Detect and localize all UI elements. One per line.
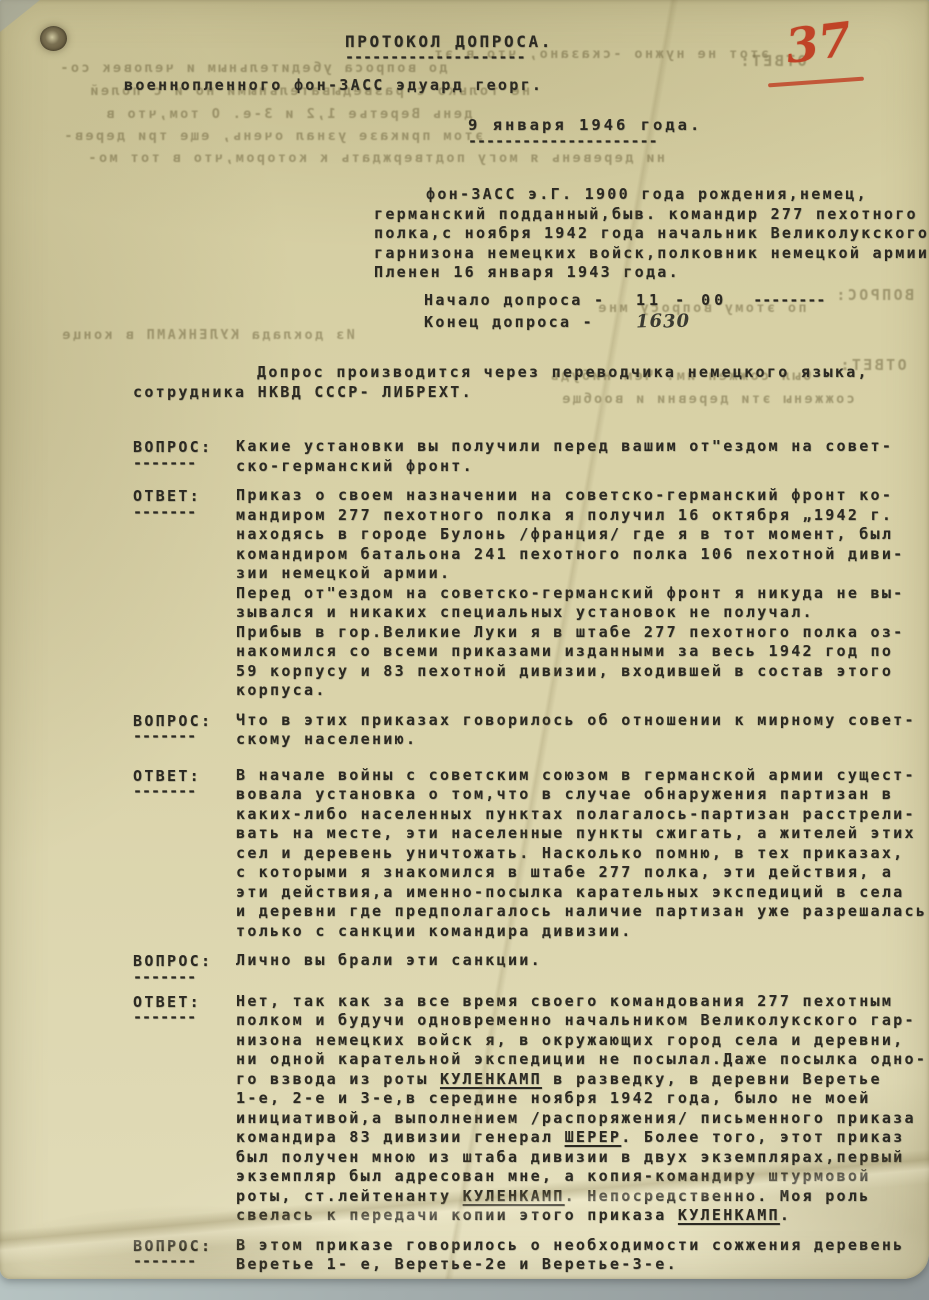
label-underline: -------	[133, 1012, 236, 1022]
question-text: Что в этих приказах говорилось об отноше…	[236, 711, 925, 750]
session-start-value: 11 - 00	[636, 291, 727, 311]
punch-hole	[40, 26, 67, 51]
question-block: ВОПРОС: ------- Что в этих приказах гово…	[133, 711, 925, 750]
answer-text: Нет, так как за все время своего командо…	[236, 992, 927, 1226]
bleedthrough-text: этом приказе узнал очень, еще три дерев-	[62, 128, 483, 144]
document-subject: военнопленного фон-ЗАСС эдуард георг.	[124, 76, 543, 96]
question-label: ВОПРОС:	[133, 438, 212, 456]
label-underline: -------	[133, 458, 236, 468]
answer-block: ОТВЕТ: ------- Приказ о своем назначении…	[133, 486, 925, 701]
bleedthrough-text: ни деревень я могу подтверждать к которо…	[86, 150, 665, 166]
answer-block: ОТВЕТ: ------- В начале войны с советски…	[133, 766, 925, 942]
answer-text: В начале войны с советским союзом в герм…	[236, 766, 927, 942]
session-start-label: Начало допроса -	[424, 291, 636, 311]
label-underline: -------	[133, 507, 236, 517]
question-text: Какие установки вы получили перед вашим …	[236, 437, 925, 476]
document-title: ПРОТОКОЛ ДОПРОСА.	[345, 32, 553, 51]
page-number-underline	[768, 77, 864, 88]
document-date-block: 9 января 1946 года. --------------------…	[468, 115, 702, 146]
answer-label: ОТВЕТ:	[133, 993, 201, 1011]
document-title-block: ПРОТОКОЛ ДОПРОСА. --------------------	[345, 32, 580, 62]
session-end-minutes-handwritten: 30	[663, 310, 691, 332]
question-block: ВОПРОС: ------- В этом приказе говорилос…	[133, 1236, 925, 1275]
title-underline: --------------------	[345, 52, 580, 62]
document-date: 9 января 1946 года.	[468, 116, 702, 134]
question-block: ВОПРОС: ------- Лично вы брали эти санкц…	[133, 951, 925, 982]
question-block: ВОПРОС: ------- Какие установки вы получ…	[133, 437, 925, 476]
answer-block: ОТВЕТ: ------- Нет, так как за все время…	[133, 992, 925, 1226]
interpreter-note: Допрос производится через переводчика не…	[133, 363, 913, 402]
question-answer-list: ВОПРОС: ------- Какие установки вы получ…	[133, 437, 925, 1285]
bleedthrough-text: ВОПРОС:	[834, 286, 914, 304]
answer-label: ОТВЕТ:	[133, 767, 201, 785]
question-text: В этом приказе говорилось о необходимост…	[236, 1236, 925, 1275]
date-underline: ---------------------	[468, 136, 702, 146]
label-underline: -------	[133, 972, 236, 982]
scanned-document: { "page_number": "37", "header": { "titl…	[0, 0, 929, 1300]
answer-label: ОТВЕТ:	[133, 487, 201, 505]
torn-corner	[0, 0, 40, 32]
session-start-row: Начало допроса - 11 - 00 --------	[424, 291, 825, 311]
session-end-hours-handwritten: 16	[636, 310, 664, 332]
session-end-row: Конец допроса - 16 30	[424, 311, 825, 333]
question-label: ВОПРОС:	[133, 712, 212, 730]
label-underline: -------	[133, 731, 236, 741]
question-label: ВОПРОС:	[133, 1237, 212, 1255]
session-end-label: Конец допроса -	[424, 313, 636, 333]
session-dash: --------	[753, 295, 825, 305]
session-times: Начало допроса - 11 - 00 -------- Конец …	[424, 291, 825, 332]
label-underline: -------	[133, 786, 236, 796]
bleedthrough-text: день Веретье 1,2 и 3-е. О том,что в	[104, 106, 472, 122]
answer-text: Приказ о своем назначении на советско-ге…	[236, 486, 925, 701]
label-underline: -------	[133, 1256, 236, 1266]
document-page: этот не нужно -сказано, что в эт до вопр…	[0, 0, 929, 1279]
bleedthrough-text: Из доклада КУЛЕНКАМП в конце	[60, 327, 355, 343]
page-number-handwritten: 37	[783, 12, 855, 75]
question-label: ВОПРОС:	[133, 952, 212, 970]
question-text: Лично вы брали эти санкции.	[236, 951, 925, 982]
bleedthrough-text: до вопроса убедительным и человек со-	[58, 60, 448, 76]
prisoner-identity: фон-ЗАСС э.Г. 1900 года рождения,немец,г…	[374, 185, 929, 283]
